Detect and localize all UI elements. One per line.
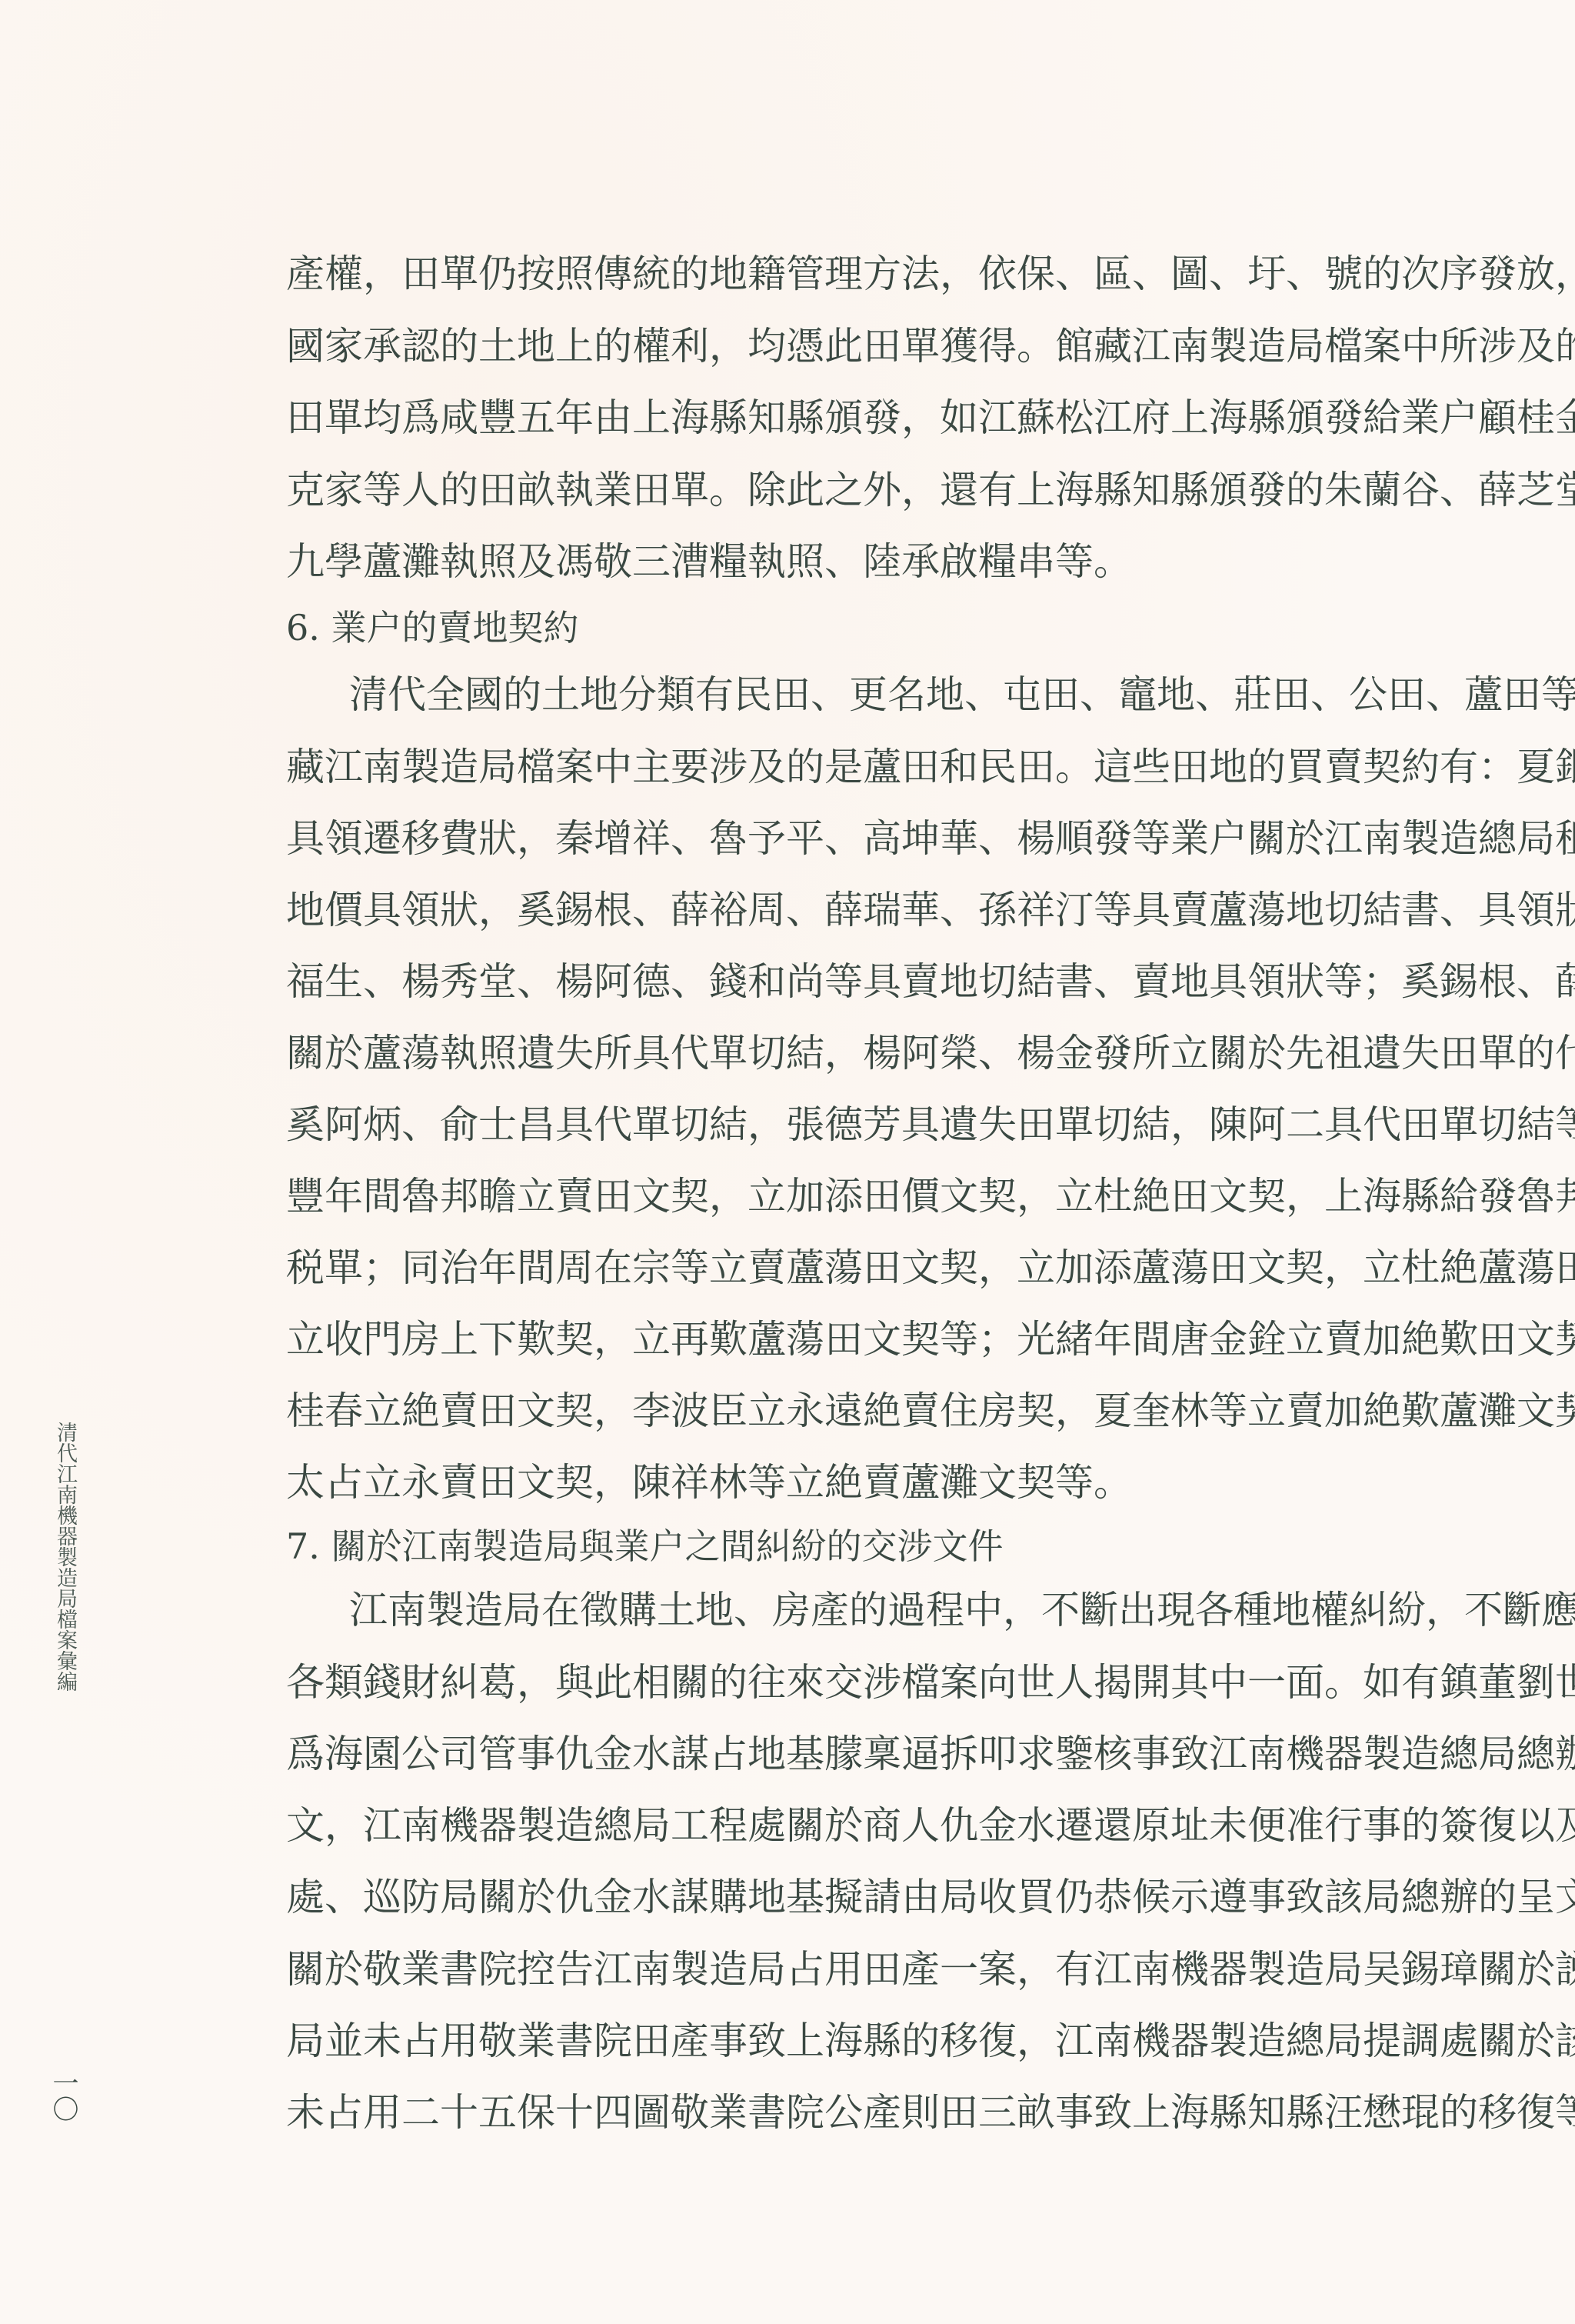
document-page: 產權，田單仍按照傳統的地籍管理方法，依保、區、圖、圩、號的次序發放，所有 國家承…	[0, 0, 1575, 2324]
body-text-line: 具領遷移費狀，秦增祥、魯予平、高坤華、楊順發等業户關於江南製造總局租地的	[286, 815, 1444, 862]
body-text-line: 桂春立絶賣田文契，李波臣立永遠絶賣住房契，夏奎林等立賣加絶歎蘆灘文契，張	[286, 1388, 1444, 1434]
body-text-line: 豐年間魯邦瞻立賣田文契，立加添田價文契，立杜絶田文契，上海縣給發魯邦瞻契	[286, 1173, 1444, 1219]
body-text-line: 國家承認的土地上的權利，均憑此田單獲得。館藏江南製造局檔案中所涉及的業户	[286, 323, 1444, 369]
body-text-line: 關於蘆蕩執照遺失所具代單切結，楊阿榮、楊金發所立關於先祖遺失田單的代單據，	[286, 1030, 1444, 1076]
running-title: 清代江南機器製造局檔案彙編	[46, 1422, 77, 1692]
body-text-line: 關於敬業書院控告江南製造局占用田產一案，有江南機器製造局吴錫璋關於説明該	[286, 1946, 1444, 1992]
body-text-line: 克家等人的田畝執業田單。除此之外，還有上海縣知縣頒發的朱蘭谷、薛芝堂、陳	[286, 467, 1444, 513]
section-heading-7: 7. 關於江南製造局與業户之間糾紛的交涉文件	[286, 1523, 1004, 1569]
body-text-line: 產權，田單仍按照傳統的地籍管理方法，依保、區、圖、圩、號的次序發放，所有	[286, 251, 1444, 297]
body-text-line: 處、巡防局關於仇金水謀購地基擬請由局收買仍恭候示遵事致該局總辦的呈文等。	[286, 1874, 1444, 1920]
body-text-line: 江南製造局在徵購土地、房產的過程中，不斷出現各種地權糾紛，不斷應付着	[349, 1587, 1444, 1633]
body-text-line: 福生、楊秀堂、楊阿德、錢和尚等具賣地切結書、賣地具領狀等；奚錫根、薛裕周	[286, 959, 1444, 1005]
body-text-line: 清代全國的土地分類有民田、更名地、屯田、竈地、莊田、公田、蘆田等，館	[349, 672, 1444, 718]
page-number: 一〇	[42, 2069, 81, 2122]
body-text-line: 地價具領狀，奚錫根、薛裕周、薛瑞華、孫祥汀等具賣蘆蕩地切結書、具領狀，楊	[286, 887, 1444, 933]
body-text-line: 藏江南製造局檔案中主要涉及的是蘆田和民田。這些田地的買賣契約有：夏銀龍等	[286, 744, 1444, 790]
body-text-line: 田單均爲咸豐五年由上海縣知縣頒發，如江蘇松江府上海縣頒發給業户顧桂金、錢	[286, 395, 1444, 441]
body-text-line: 奚阿炳、俞士昌具代單切結，張德芳具遺失田單切結，陳阿二具代田單切結等；咸	[286, 1102, 1444, 1148]
body-text-line: 未占用二十五保十四圖敬業書院公產則田三畝事致上海縣知縣汪懋琨的移復等。浙	[286, 2089, 1444, 2136]
body-text-line: 太占立永賣田文契，陳祥林等立絶賣蘆灘文契等。	[286, 1459, 1444, 1505]
body-text-line: 九學蘆灘執照及馮敬三漕糧執照、陸承啟糧串等。	[286, 538, 1444, 585]
body-text-line: 局並未占用敬業書院田產事致上海縣的移復，江南機器製造總局提調處關於該局並	[286, 2018, 1444, 2064]
body-text-line: 立收門房上下歎契，立再歎蘆蕩田文契等；光緒年間唐金銓立賣加絶歎田文契，楊	[286, 1316, 1444, 1362]
body-text-line: 各類錢財糾葛，與此相關的往來交涉檔案向世人揭開其中一面。如有鎮董劉世昌等	[286, 1659, 1444, 1705]
body-text-line: 文，江南機器製造總局工程處關於商人仇金水遷還原址未便准行事的簽復以及提調	[286, 1802, 1444, 1849]
section-heading-6: 6. 業户的賣地契約	[286, 605, 579, 651]
body-text-line: 爲海園公司管事仇金水謀占地基朦稟逼拆叩求鑒核事致江南機器製造總局總辦的呈	[286, 1731, 1444, 1777]
body-text-line: 税單；同治年間周在宗等立賣蘆蕩田文契，立加添蘆蕩田文契，立杜絶蘆蕩田文契，	[286, 1245, 1444, 1291]
